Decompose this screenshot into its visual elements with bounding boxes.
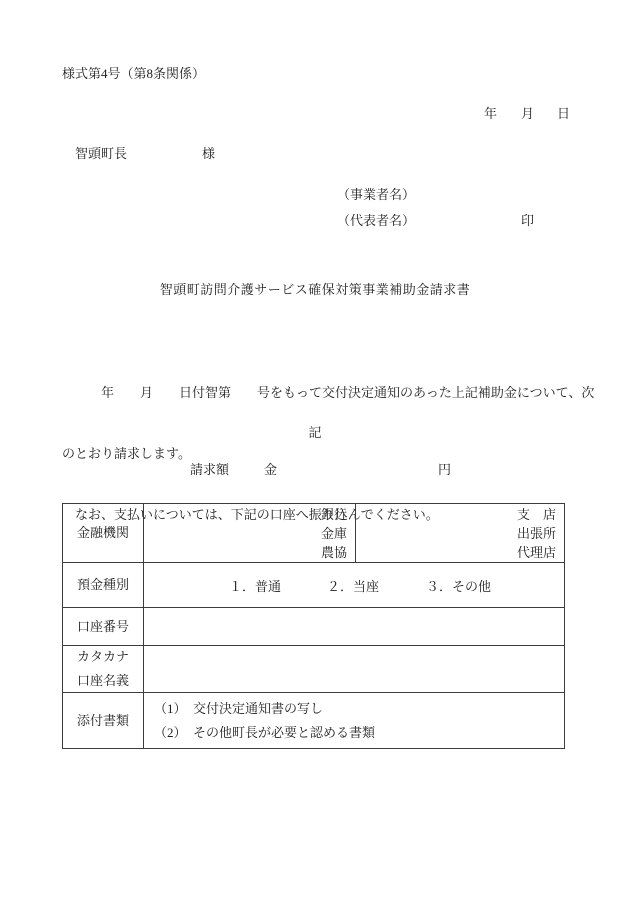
institution-branch-cell: 支 店 出張所 代理店: [356, 504, 564, 562]
branch-type-dairiten: 代理店: [517, 543, 556, 562]
recipient-honorific: 様: [202, 144, 215, 164]
recipient-name: 智頭町長: [75, 144, 127, 164]
deposit-type-options: １．普通 ２．当座 ３．その他: [144, 563, 564, 607]
deposit-type-label: 預金種別: [63, 563, 144, 607]
form-page: 様式第4号（第8条関係） 年 月 日 智頭町長 様 （事業者名） （代表者名） …: [0, 0, 630, 903]
business-name-label: （事業者名）: [337, 185, 415, 205]
financial-institution-label: 金融機関: [63, 504, 144, 562]
date-day-label: 日: [557, 104, 570, 124]
attachments-label: 添付書類: [63, 693, 144, 748]
account-holder-label: カタカナ 口座名義: [63, 646, 144, 692]
deposit-option-futsu: １．普通: [229, 576, 281, 595]
institution-name-cell: 銀行 金庫 農協: [144, 504, 356, 562]
date-month-label: 月: [521, 104, 534, 124]
document-title: 智頭町訪問介護サービス確保対策事業補助金請求書: [0, 280, 630, 300]
body-line-1: 年 月 日付智第 号をもって交付決定通知のあった上記補助金について、次: [62, 382, 568, 403]
institution-type-shinkin: 金庫: [321, 524, 347, 543]
account-holder-blank-cell: [144, 646, 564, 692]
attachments-row: 添付書類 （1） 交付決定通知書の写し （2） その他町長が必要と認める書類: [63, 692, 564, 748]
account-number-label: 口座番号: [63, 608, 144, 645]
date-year-label: 年: [484, 104, 497, 124]
institution-type-nokyo: 農協: [321, 543, 347, 562]
representative-name-label: （代表者名）: [337, 211, 415, 231]
claim-amount-label: 請求額: [190, 460, 229, 480]
claim-amount-kin: 金: [264, 460, 277, 480]
account-holder-label-line1: カタカナ: [77, 645, 129, 669]
deposit-option-toza: ２．当座: [327, 576, 379, 595]
body-line-2: のとおり請求します。: [62, 443, 568, 464]
account-number-blank-cell: [144, 608, 564, 645]
attachments-list: （1） 交付決定通知書の写し （2） その他町長が必要と認める書類: [144, 693, 564, 748]
attachment-item-2: （2） その他町長が必要と認める書類: [154, 721, 564, 745]
form-number: 様式第4号（第8条関係）: [62, 64, 205, 84]
account-holder-row: カタカナ 口座名義: [63, 645, 564, 692]
branch-type-shutchojo: 出張所: [517, 524, 556, 543]
account-number-row: 口座番号: [63, 607, 564, 645]
bank-account-table: 金融機関 銀行 金庫 農協 支 店 出張所 代理店 預金種別 １．普通 ２．当座…: [62, 503, 565, 749]
deposit-option-sonota: ３．その他: [426, 576, 491, 595]
attachment-item-1: （1） 交付決定通知書の写し: [154, 697, 564, 721]
deposit-type-row: 預金種別 １．普通 ２．当座 ３．その他: [63, 562, 564, 607]
branch-type-shiten: 支 店: [517, 505, 556, 524]
seal-mark: 印: [521, 211, 534, 231]
account-holder-label-line2: 口座名義: [77, 669, 129, 693]
financial-institution-row: 金融機関 銀行 金庫 農協 支 店 出張所 代理店: [63, 504, 564, 562]
institution-type-bank: 銀行: [321, 505, 347, 524]
ki-heading: 記: [0, 423, 630, 443]
claim-amount-yen: 円: [438, 460, 451, 480]
